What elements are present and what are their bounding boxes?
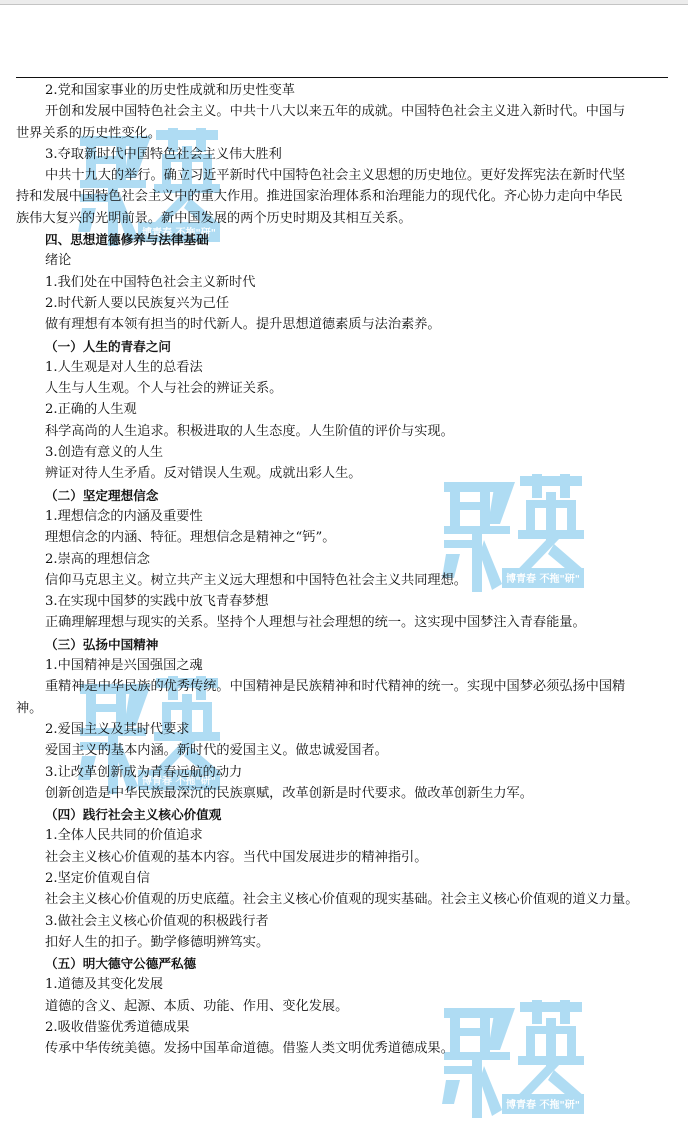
text-line: 3.让改革创新成为青春远航的动力 (16, 762, 672, 783)
svg-text:博青春 不拖"研": 博青春 不拖"研" (506, 1098, 580, 1111)
text-line: 2.坚定价值观自信 (16, 868, 672, 889)
text-line: 3.夺取新时代中国特色社会主义伟大胜利 (16, 144, 672, 165)
section-heading: （三）弘扬中国精神 (16, 634, 672, 655)
text-line: 2.时代新人要以民族复兴为己任 (16, 293, 672, 314)
text-line: 做有理想有本领有担当的时代新人。提升思想道德素质与法治素养。 (16, 314, 672, 335)
text-line: 2.崇高的理想信念 (16, 549, 672, 570)
text-line: 爱国主义的基本内涵。新时代的爱国主义。做忠诚爱国者。 (16, 740, 672, 761)
text-line: 3.做社会主义核心价值观的积极践行者 (16, 911, 672, 932)
section-heading: （二）坚定理想信念 (16, 485, 672, 506)
text-line: 扣好人生的扣子。勤学修德明辨笃实。 (16, 932, 672, 953)
text-line: 重精神是中华民族的优秀传统。中国精神是民族精神和时代精神的统一。实现中国梦必须弘… (16, 676, 672, 697)
text-line: 1.全体人民共同的价值追求 (16, 825, 672, 846)
text-line: 2.吸收借鉴优秀道德成果 (16, 1017, 672, 1038)
text-line: 3.在实现中国梦的实践中放飞青春梦想 (16, 591, 672, 612)
text-line: 3.创造有意义的人生 (16, 442, 672, 463)
section-heading: （四）践行社会主义核心价值观 (16, 804, 672, 825)
text-line: 中共十九大的举行。确立习近平新时代中国特色社会主义思想的历史地位。更好发挥宪法在… (16, 165, 672, 186)
text-line: 2.正确的人生观 (16, 399, 672, 420)
text-line: 道德的含义、起源、本质、功能、作用、变化发展。 (16, 996, 672, 1017)
text-line: 社会主义核心价值观的历史底蕴。社会主义核心价值观的现实基础。社会主义核心价值观的… (16, 889, 672, 910)
text-line: 1.我们处在中国特色社会主义新时代 (16, 272, 672, 293)
text-line: 信仰马克思主义。树立共产主义远大理想和中国特色社会主义共同理想。 (16, 570, 672, 591)
section-heading: （一）人生的青春之问 (16, 336, 672, 357)
text-line: 2.党和国家事业的历史性成就和历史性变革 (16, 80, 672, 101)
text-line: 世界关系的历史性变化。 (16, 123, 672, 144)
text-line: 社会主义核心价值观的基本内容。当代中国发展进步的精神指引。 (16, 847, 672, 868)
section-heading: 四、思想道德修养与法律基础 (16, 229, 672, 250)
viewer-top-edge (0, 0, 688, 5)
text-line: 理想信念的内涵、特征。理想信念是精神之“钙”。 (16, 527, 672, 548)
text-line: 创新创造是中华民族最深沉的民族禀赋，改革创新是时代要求。做改革创新生力军。 (16, 783, 672, 804)
text-line: 正确理解理想与现实的关系。坚持个人理想与社会理想的统一。这实现中国梦注入青春能量… (16, 612, 672, 633)
text-line: 科学高尚的人生追求。积极进取的人生态度。人生阶值的评价与实现。 (16, 421, 672, 442)
text-line: 开创和发展中国特色社会主义。中共十八大以来五年的成就。中国特色社会主义进入新时代… (16, 101, 672, 122)
document-body: 2.党和国家事业的历史性成就和历史性变革开创和发展中国特色社会主义。中共十八大以… (16, 80, 672, 1060)
text-line: 神。 (16, 698, 672, 719)
text-line: 1.道德及其变化发展 (16, 974, 672, 995)
text-line: 1.理想信念的内涵及重要性 (16, 506, 672, 527)
text-line: 2.爱国主义及其时代要求 (16, 719, 672, 740)
header-rule (16, 77, 668, 78)
text-line: 人生与人生观。个人与社会的辨证关系。 (16, 378, 672, 399)
text-line: 1.人生观是对人生的总看法 (16, 357, 672, 378)
text-line: 传承中华传统美德。发扬中国革命道德。借鉴人类文明优秀道德成果。 (16, 1038, 672, 1059)
text-line: 辨证对待人生矛盾。反对错误人生观。成就出彩人生。 (16, 463, 672, 484)
text-line: 族伟大复兴的光明前景。新中国发展的两个历史时期及其相互关系。 (16, 208, 672, 229)
text-line: 绪论 (16, 250, 672, 271)
text-line: 1.中国精神是兴国强国之魂 (16, 655, 672, 676)
text-line: 持和发展中国特色社会主义中的重大作用。推进国家治理体系和治理能力的现代化。齐心协… (16, 186, 672, 207)
section-heading: （五）明大德守公德严私德 (16, 953, 672, 974)
